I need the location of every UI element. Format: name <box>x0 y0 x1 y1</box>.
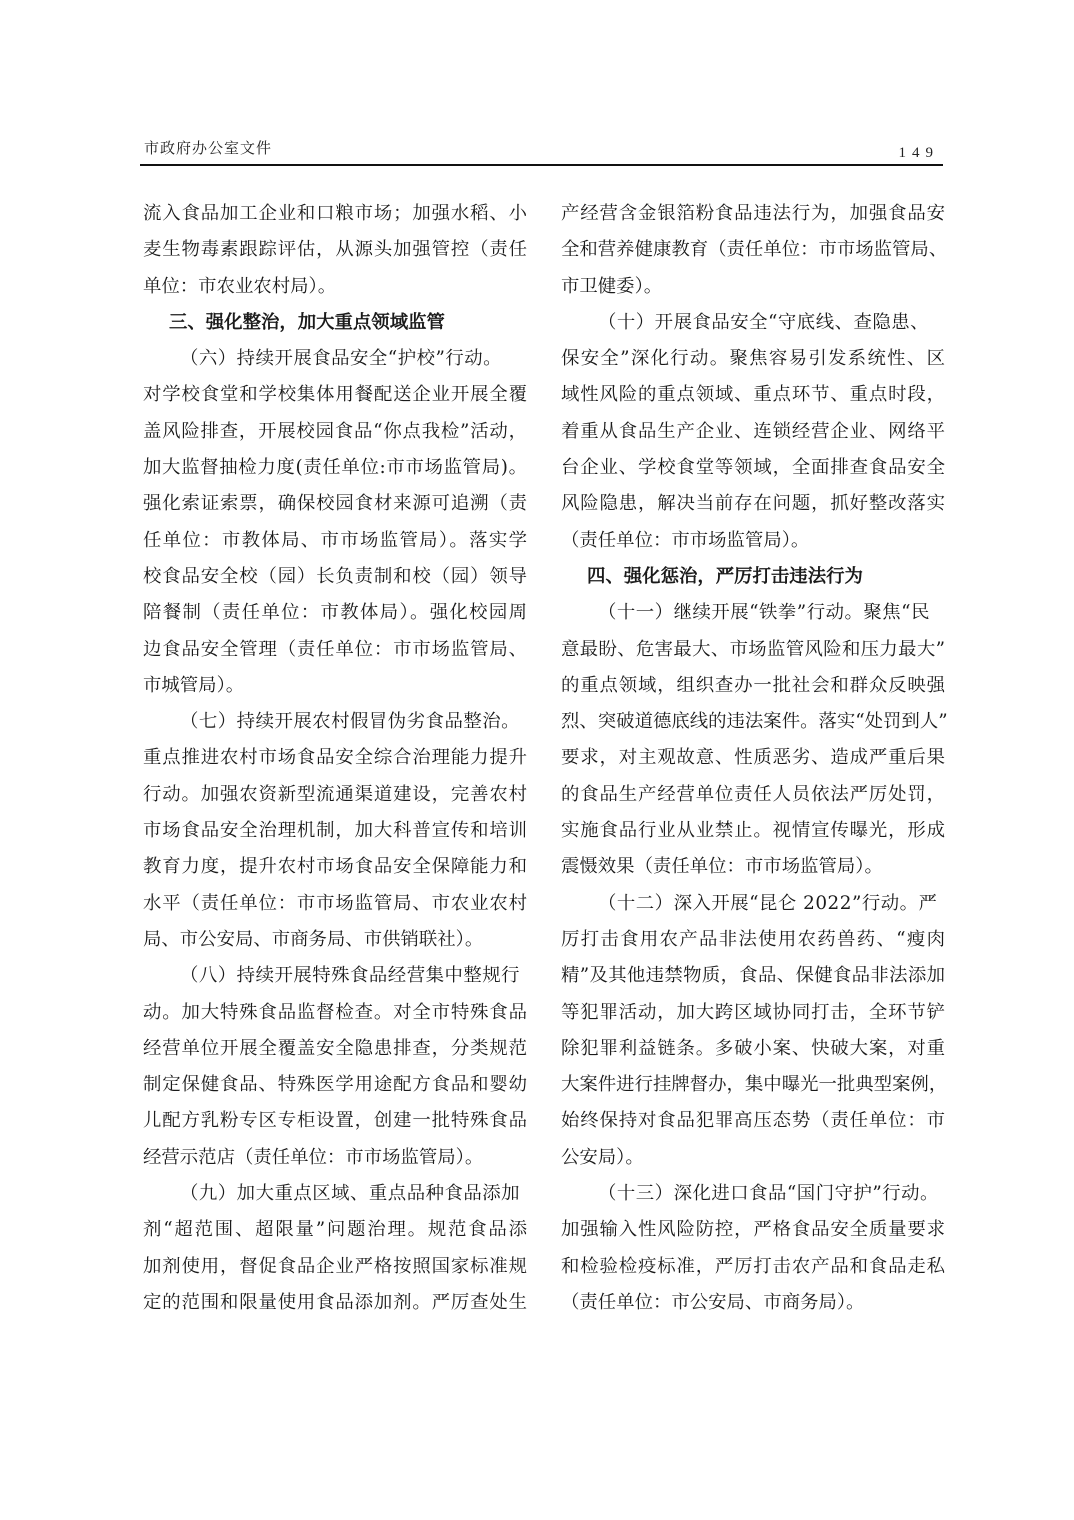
paragraph-line: 动。加大特殊食品监督检查。对全市特殊食品 <box>143 995 527 1031</box>
paragraph-line: 等犯罪活动，加大跨区域协同打击，全环节铲 <box>561 995 945 1031</box>
paragraph-line: 着重从食品生产企业、连锁经营企业、网络平 <box>561 414 945 450</box>
paragraph-line: 烈、突破道德底线的违法案件。落实“处罚到人” <box>561 704 945 740</box>
paragraph-line: 全和营养健康教育（责任单位：市市场监管局、 <box>561 232 945 268</box>
paragraph-line: 加剂使用，督促食品企业严格按照国家标准规 <box>143 1249 527 1285</box>
paragraph-line: 公安局）。 <box>561 1140 945 1176</box>
paragraph-line: 风险隐患，解决当前存在问题，抓好整改落实 <box>561 486 945 522</box>
subsection-line: （十三）深化进口食品“国门守护”行动。 <box>561 1176 945 1212</box>
paragraph-line: 震慑效果（责任单位：市市场监管局）。 <box>561 849 945 885</box>
running-header: 市政府办公室文件 149 <box>140 133 943 167</box>
paragraph-line: 麦生物毒素跟踪评估，从源头加强管控（责任 <box>143 232 527 268</box>
paragraph-line: 流入食品加工企业和口粮市场；加强水稻、小 <box>143 196 527 232</box>
subsection-line: （十一）继续开展“铁拳”行动。聚焦“民 <box>561 595 945 631</box>
page-number: 149 <box>899 145 940 162</box>
paragraph-line: 市场食品安全治理机制，加大科普宣传和培训 <box>143 813 527 849</box>
paragraph-line: 产经营含金银箔粉食品违法行为，加强食品安 <box>561 196 945 232</box>
paragraph-line: 经营单位开展全覆盖安全隐患排查，分类规范 <box>143 1031 527 1067</box>
paragraph-line: 实施食品行业从业禁止。视情宣传曝光，形成 <box>561 813 945 849</box>
paragraph-line: 经营示范店（责任单位：市市场监管局）。 <box>143 1140 527 1176</box>
right-column: 产经营含金银箔粉食品违法行为，加强食品安全和营养健康教育（责任单位：市市场监管局… <box>561 196 945 1321</box>
header-rule <box>140 164 943 166</box>
subsection-line: （十二）深入开展“昆仑 2022”行动。严 <box>561 886 945 922</box>
paragraph-line: 台企业、学校食堂等领域，全面排查食品安全 <box>561 450 945 486</box>
paragraph-line: 任单位：市教体局、市市场监管局）。落实学 <box>143 523 527 559</box>
paragraph-line: 行动。加强农资新型流通渠道建设，完善农村 <box>143 777 527 813</box>
paragraph-line: 的重点领域，组织查办一批社会和群众反映强 <box>561 668 945 704</box>
paragraph-line: 水平（责任单位：市市场监管局、市农业农村 <box>143 886 527 922</box>
paragraph-line: 剂“超范围、超限量”问题治理。规范食品添 <box>143 1212 527 1248</box>
paragraph-line: 盖风险排查，开展校园食品“你点我检”活动， <box>143 414 527 450</box>
paragraph-line: 边食品安全管理（责任单位：市市场监管局、 <box>143 632 527 668</box>
paragraph-line: 除犯罪利益链条。多破小案、快破大案，对重 <box>561 1031 945 1067</box>
paragraph-line: 的食品生产经营单位责任人员依法严厉处罚， <box>561 777 945 813</box>
header-title: 市政府办公室文件 <box>144 137 272 158</box>
subsection-line: （十）开展食品安全“守底线、查隐患、 <box>561 305 945 341</box>
paragraph-line: 制定保健食品、特殊医学用途配方食品和婴幼 <box>143 1067 527 1103</box>
paragraph-line: 域性风险的重点领域、重点环节、重点时段， <box>561 377 945 413</box>
paragraph-line: 加大监督抽检力度(责任单位:市市场监管局)。 <box>143 450 527 486</box>
paragraph-line: 意最盼、危害最大、市场监管风险和压力最大” <box>561 632 945 668</box>
paragraph-line: 校食品安全校（园）长负责制和校（园）领导 <box>143 559 527 595</box>
paragraph-line: 儿配方乳粉专区专柜设置，创建一批特殊食品 <box>143 1103 527 1139</box>
paragraph-line: （责任单位：市市场监管局）。 <box>561 523 945 559</box>
paragraph-line: 强化索证索票，确保校园食材来源可追溯（责 <box>143 486 527 522</box>
paragraph-line: 始终保持对食品犯罪高压态势（责任单位：市 <box>561 1103 945 1139</box>
paragraph-line: 单位：市农业农村局）。 <box>143 269 527 305</box>
subsection-line: （八）持续开展特殊食品经营集中整规行 <box>143 958 527 994</box>
paragraph-line: 对学校食堂和学校集体用餐配送企业开展全覆 <box>143 377 527 413</box>
subsection-line: （九）加大重点区域、重点品种食品添加 <box>143 1176 527 1212</box>
paragraph-line: 局、市公安局、市商务局、市供销联社）。 <box>143 922 527 958</box>
section-heading: 四、强化惩治，严厉打击违法行为 <box>561 559 945 595</box>
paragraph-line: 市卫健委）。 <box>561 269 945 305</box>
paragraph-line: 大案件进行挂牌督办，集中曝光一批典型案例， <box>561 1067 945 1103</box>
paragraph-line: 定的范围和限量使用食品添加剂。严厉查处生 <box>143 1285 527 1321</box>
paragraph-line: 市城管局）。 <box>143 668 527 704</box>
paragraph-line: 要求，对主观故意、性质恶劣、造成严重后果 <box>561 740 945 776</box>
paragraph-line: 精”及其他违禁物质，食品、保健食品非法添加 <box>561 958 945 994</box>
paragraph-line: 和检验检疫标准，严厉打击农产品和食品走私 <box>561 1249 945 1285</box>
paragraph-line: 重点推进农村市场食品安全综合治理能力提升 <box>143 740 527 776</box>
paragraph-line: 陪餐制（责任单位：市教体局）。强化校园周 <box>143 595 527 631</box>
section-heading: 三、强化整治，加大重点领域监管 <box>143 305 527 341</box>
left-column: 流入食品加工企业和口粮市场；加强水稻、小麦生物毒素跟踪评估，从源头加强管控（责任… <box>143 196 527 1321</box>
paragraph-line: 保安全”深化行动。聚焦容易引发系统性、区 <box>561 341 945 377</box>
paragraph-line: 加强输入性风险防控，严格食品安全质量要求 <box>561 1212 945 1248</box>
paragraph-line: 厉打击食用农产品非法使用农药兽药、“瘦肉 <box>561 922 945 958</box>
subsection-line: （七）持续开展农村假冒伪劣食品整治。 <box>143 704 527 740</box>
paragraph-line: 教育力度，提升农村市场食品安全保障能力和 <box>143 849 527 885</box>
subsection-line: （六）持续开展食品安全“护校”行动。 <box>143 341 527 377</box>
paragraph-line: （责任单位：市公安局、市商务局）。 <box>561 1285 945 1321</box>
